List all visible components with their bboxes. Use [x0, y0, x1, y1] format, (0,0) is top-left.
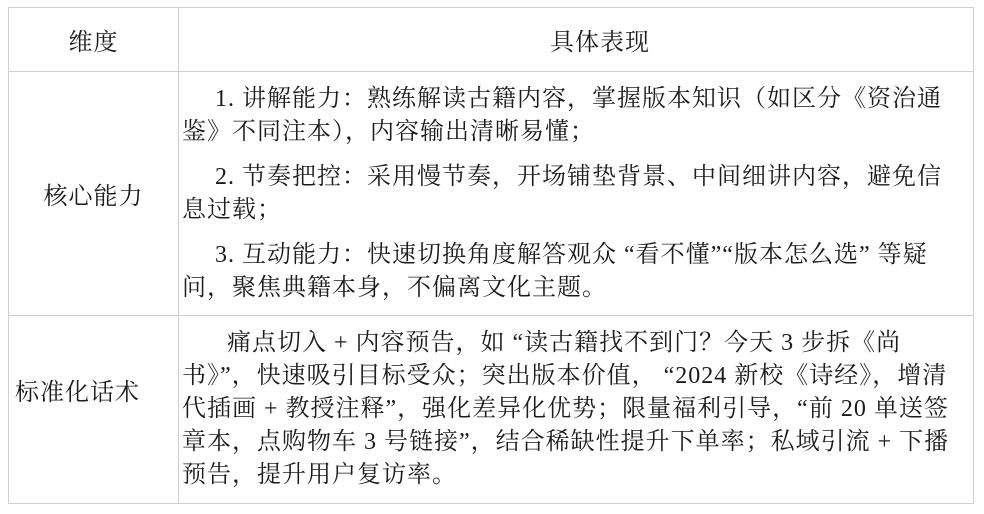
header-cell-dimension: 维度: [9, 8, 179, 71]
row-core-ability-dimension-cell: 核心能力: [9, 71, 179, 315]
row-script-content-cell: 痛点切入 + 内容预告，如 “读古籍找不到门？今天 3 步拆《尚书》”，快速吸引…: [179, 315, 973, 503]
header-label-performance: 具体表现: [550, 22, 650, 57]
row-core-ability-content-cell: 1. 讲解能力：熟练解读古籍内容，掌握版本知识（如区分《资治通鉴》不同注本），内…: [179, 71, 973, 315]
row-core-ability-label: 核心能力: [44, 176, 144, 211]
ability-item-explain: 1. 讲解能力：熟练解读古籍内容，掌握版本知识（如区分《资治通鉴》不同注本），内…: [182, 83, 955, 149]
header-cell-performance: 具体表现: [179, 8, 973, 71]
script-paragraph: 痛点切入 + 内容预告，如 “读古籍找不到门？今天 3 步拆《尚书》”，快速吸引…: [182, 327, 955, 492]
row-script-label: 标准化话术: [15, 372, 140, 407]
row-script-dimension-cell: 标准化话术: [9, 315, 179, 503]
ability-item-pacing: 2. 节奏把控：采用慢节奏，开场铺垫背景、中间细讲内容，避免信息过载；: [182, 161, 955, 227]
ability-item-interaction: 3. 互动能力：快速切换角度解答观众 “看不懂”“版本怎么选” 等疑问，聚焦典籍…: [182, 239, 955, 305]
header-label-dimension: 维度: [69, 22, 119, 57]
dimension-performance-table: 维度 具体表现 核心能力 1. 讲解能力：熟练解读古籍内容，掌握版本知识（如区分…: [8, 7, 974, 504]
